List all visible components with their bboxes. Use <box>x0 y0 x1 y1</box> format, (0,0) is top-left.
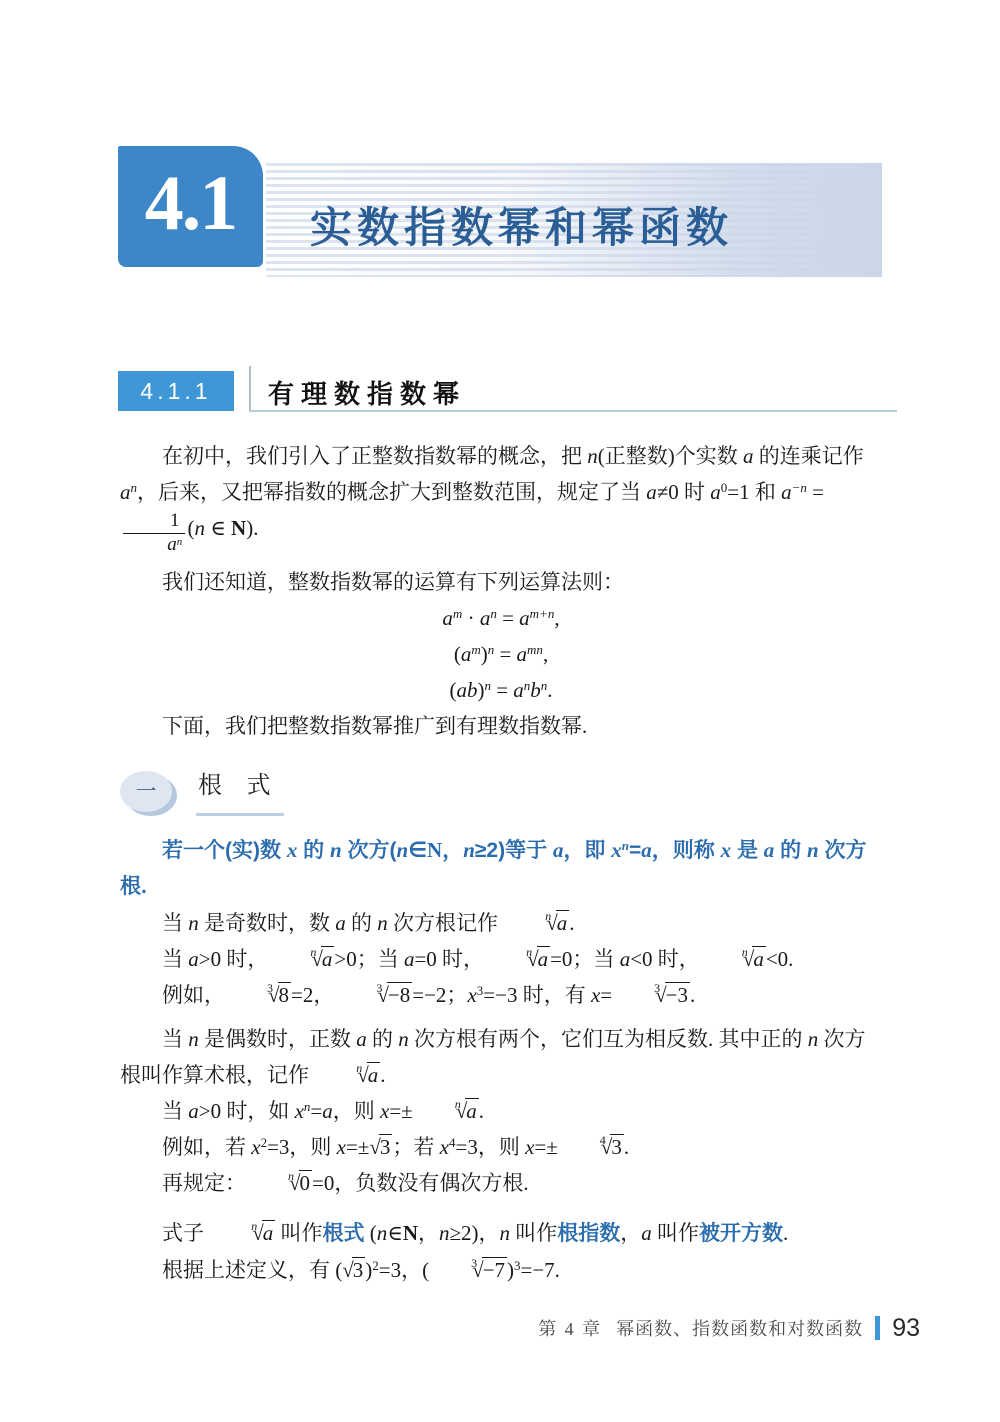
text-run: 次方根记作 <box>388 911 504 935</box>
math-variable: a <box>519 606 530 630</box>
math-variable: x <box>611 838 622 862</box>
set-symbol: N <box>427 838 442 862</box>
text-run: 的 <box>297 839 330 862</box>
radical: n√a <box>484 947 550 971</box>
math-variable: x <box>467 983 476 1007</box>
radical-index: 3 <box>334 982 382 994</box>
subsection-number-box: 4.1.1 <box>118 371 234 411</box>
text-run: 次方根有两个，它们互为相反数. 其中正的 <box>409 1027 808 1051</box>
math-variable: a <box>461 642 472 666</box>
math-variable: n <box>808 1027 819 1051</box>
text-run: 式子 <box>162 1221 209 1245</box>
text-run: = <box>497 606 519 630</box>
text-run: 是奇数时，数 <box>199 911 336 935</box>
text-run: . <box>783 1221 788 1245</box>
radical-index: n <box>268 946 316 958</box>
para-conclusion: 根据上述定义，有 (√3)2=3，(3√−7)3=−7. <box>120 1252 882 1288</box>
text-run: (正整数)个实数 <box>598 444 743 468</box>
radical: 4√3 <box>558 1135 624 1159</box>
math-variable: a <box>646 480 657 504</box>
text-run: =3，( <box>379 1258 429 1282</box>
math-variable: x <box>380 1099 389 1123</box>
radical-body: a <box>465 1098 479 1123</box>
text-run: <0. <box>766 947 794 971</box>
text-run: ≥2)， <box>450 1221 500 1245</box>
math-variable: x <box>295 1099 304 1123</box>
radical-body: −7 <box>482 1257 507 1282</box>
text-run: ≥2)等于 <box>475 839 553 862</box>
text-run: . <box>479 1099 484 1123</box>
radical-body: −8 <box>387 982 412 1007</box>
math-variable: n <box>463 838 475 862</box>
footer-book-title: 幂函数、指数函数和对数函数 <box>616 1315 863 1341</box>
fraction-denominator: an <box>123 534 185 556</box>
math-variable: a <box>188 947 199 971</box>
math-variable: a <box>404 947 415 971</box>
para-extend: 下面，我们把整数指数幂推广到有理数指数幂. <box>120 708 882 744</box>
text-run: =−7. <box>521 1258 560 1282</box>
radical-index: 3 <box>225 982 273 994</box>
page-number: 93 <box>892 1314 920 1343</box>
math-variable: x <box>251 1135 260 1159</box>
text-run: =± <box>534 1135 557 1159</box>
radical: n√a <box>503 911 569 935</box>
math-superscript: −n <box>792 480 807 495</box>
footer-chapter-label: 第 4 章 <box>538 1315 602 1341</box>
math-variable: a <box>620 947 631 971</box>
math-variable: a <box>710 480 721 504</box>
math-variable: a <box>188 1099 199 1123</box>
math-variable: n <box>377 1221 388 1245</box>
text-run: 根据上述定义，有 ( <box>162 1258 342 1282</box>
math-variable: a <box>781 480 792 504</box>
math-variable: x <box>287 838 298 862</box>
text-run: = <box>600 983 612 1007</box>
subsection-rule-horizontal <box>249 410 897 412</box>
math-variable: a <box>480 606 491 630</box>
math-superscript: n <box>622 838 629 853</box>
radical: √3 <box>369 1135 392 1159</box>
radical-body: a <box>537 946 551 971</box>
formula-product-power: (ab)n = anbn. <box>120 672 882 708</box>
math-variable: a <box>120 480 131 504</box>
text-run: 的 <box>774 839 807 862</box>
radical-body: −3 <box>665 982 690 1007</box>
math-variable: a <box>641 1221 652 1245</box>
math-variable: n <box>397 838 409 862</box>
math-variable: n <box>188 1027 199 1051</box>
text-run: 我们还知道，整数指数幂的运算有下列运算法则： <box>162 570 624 594</box>
math-variable: a <box>553 838 564 862</box>
radical-index: n <box>484 946 532 958</box>
para-plus-minus: 当 a>0 时，如 xn=a，则 x=±n√a. <box>120 1093 882 1129</box>
text-run: 当 <box>162 1099 188 1123</box>
text-run: 下面，我们把整数指数幂推广到有理数指数幂. <box>162 714 587 738</box>
text-run: . <box>569 911 574 935</box>
math-variable: a <box>764 838 775 862</box>
text-run: =0，负数没有偶次方根. <box>312 1171 529 1195</box>
text-run: , <box>554 606 559 630</box>
text-run: 叫作 <box>275 1221 322 1245</box>
math-variable: a <box>335 911 346 935</box>
para-terms: 式子 n√a 叫作根式 (n∈N，n≥2)，n 叫作根指数，a 叫作被开方数. <box>120 1215 882 1252</box>
section-title: 实数指数幂和幂函数 <box>310 195 733 255</box>
text-run: 的连乘记作 <box>754 444 864 468</box>
radical-index: 4 <box>558 1134 606 1146</box>
math-variable: a <box>322 1099 333 1123</box>
math-variable: x <box>525 1135 534 1159</box>
text-run: 例如，若 <box>162 1135 251 1159</box>
math-variable: n <box>587 444 598 468</box>
radical-index: n <box>700 946 748 958</box>
math-fraction: 1an <box>123 511 185 556</box>
text-run: 当 <box>162 947 188 971</box>
math-variable: a <box>167 534 177 555</box>
text-run: ) <box>507 1258 514 1282</box>
fraction-numerator: 1 <box>123 511 185 534</box>
radical-body: 3 <box>379 1134 393 1159</box>
math-superscript: n <box>177 536 183 548</box>
text-run: ∈ <box>408 839 427 862</box>
math-variable: n <box>377 911 388 935</box>
text-run: 是偶数时，正数 <box>199 1027 357 1051</box>
text-run: , <box>543 642 548 666</box>
math-superscript: m <box>453 606 462 621</box>
radical-index: 3 <box>429 1257 477 1269</box>
topic-marker-oval: 一 <box>120 771 172 812</box>
text-run: ) <box>481 642 488 666</box>
radical-body: a <box>367 1062 381 1087</box>
subsection-divider-vertical <box>249 366 251 412</box>
radical-index: n <box>314 1062 362 1074</box>
math-variable: n <box>330 838 342 862</box>
text-run: = <box>491 678 513 702</box>
para-odd-case: 当 n 是奇数时，数 a 的 n 次方根记作 n√a. <box>120 905 882 941</box>
radical: 3√−3 <box>612 983 690 1007</box>
radical: 3√−7 <box>429 1258 507 1282</box>
text-run: 叫作 <box>510 1221 557 1245</box>
text-run: ， <box>620 1221 641 1245</box>
para-definition: 若一个(实)数 x 的 n 次方(n∈N，n≥2)等于 a，即 xn=a，则称 … <box>120 832 882 905</box>
radical-body: a <box>321 946 335 971</box>
chapter-section-box: 4.1 <box>118 146 263 267</box>
text-run: 例如， <box>162 983 225 1007</box>
section-title-banner: 实数指数幂和幂函数 <box>266 163 882 277</box>
para-intro: 在初中，我们引入了正整数指数幂的概念，把 n(正整数)个实数 a 的连乘记作 a… <box>120 438 882 556</box>
math-variable: x <box>440 1135 449 1159</box>
text-run: =± <box>346 1135 369 1159</box>
para-even-case: 当 n 是偶数时，正数 a 的 n 次方根有两个，它们互为相反数. 其中正的 n… <box>120 1021 882 1093</box>
text-run: ，则 <box>333 1099 380 1123</box>
radical: n√a <box>209 1221 275 1245</box>
math-variable: x <box>591 983 600 1007</box>
subsection-number: 4.1.1 <box>140 378 211 405</box>
radical-index: n <box>503 910 551 922</box>
math-variable: n <box>398 1027 409 1051</box>
text-run: . <box>380 1063 385 1087</box>
radical-index: n <box>413 1098 461 1110</box>
text-run: = <box>494 642 516 666</box>
radical-body: a <box>752 946 766 971</box>
radical: √3 <box>342 1258 365 1282</box>
math-variable: n <box>807 838 819 862</box>
radical: n√0 <box>246 1171 312 1195</box>
term-highlight: 被开方数 <box>699 1222 783 1245</box>
text-run: = <box>807 480 824 504</box>
subsection-title: 有理数指数幂 <box>268 374 466 411</box>
radical: 3√8 <box>225 983 291 1007</box>
para-zero-rule: 再规定：n√0=0，负数没有偶次方根. <box>120 1165 882 1201</box>
math-variable: n <box>439 1221 450 1245</box>
text-run: . <box>547 678 552 702</box>
math-superscript: m+n <box>530 606 555 621</box>
topic-radicals: 一根 式 <box>120 768 882 816</box>
math-variable: x <box>721 838 732 862</box>
text-run: 在初中，我们引入了正整数指数幂的概念，把 <box>162 444 587 468</box>
text-run: =−3 时，有 <box>483 983 591 1007</box>
text-run: 的 <box>346 911 378 935</box>
text-run: ，即 <box>563 839 611 862</box>
text-run: . <box>624 1135 629 1159</box>
radical-body: 3 <box>352 1257 366 1282</box>
term-highlight: 根式 <box>323 1222 365 1245</box>
set-symbol: N <box>231 516 246 540</box>
text-run: =2， <box>291 983 334 1007</box>
topic-title: 根 式 <box>196 768 284 816</box>
text-run: ( <box>188 516 195 540</box>
text-run: 次方( <box>342 839 397 862</box>
text-run: ，则称 <box>652 839 721 862</box>
math-variable: a <box>513 678 524 702</box>
radical: n√a <box>700 947 766 971</box>
math-variable: n <box>188 911 199 935</box>
para-example-even: 例如，若 x2=3，则 x=±√3；若 x4=3，则 x=±4√3. <box>120 1129 882 1165</box>
page-footer: 第 4 章 幂函数、指数函数和对数函数 93 <box>0 1310 1000 1346</box>
footer-divider-bar <box>875 1316 880 1340</box>
topic-marker: 一 <box>136 774 157 810</box>
text-run: ). <box>246 516 258 540</box>
text-run: =1 和 <box>727 480 781 504</box>
radical: n√a <box>413 1099 479 1123</box>
text-run: >0 时， <box>199 947 269 971</box>
text-run: ( <box>365 1221 377 1245</box>
radical-index: n <box>246 1170 294 1182</box>
math-variable: n <box>195 516 206 540</box>
textbook-page: 4.1 实数指数幂和幂函数 4.1.1 有理数指数幂 在初中，我们引入了正整数指… <box>0 0 1000 1422</box>
text-run: ， <box>442 839 463 862</box>
text-run: ≠0 时 <box>657 480 711 504</box>
text-run: ∈ <box>387 1221 403 1245</box>
radical: 3√−8 <box>334 983 412 1007</box>
text-run: <0 时， <box>630 947 700 971</box>
math-variable: x <box>337 1135 346 1159</box>
text-run: 当 <box>162 1027 188 1051</box>
text-run: =0 时， <box>414 947 484 971</box>
text-run: 叫作 <box>652 1221 699 1245</box>
term-highlight: 根指数 <box>557 1222 620 1245</box>
set-symbol: N <box>403 1221 418 1245</box>
math-superscript: m <box>471 642 480 657</box>
math-variable: a <box>517 642 528 666</box>
math-superscript: mn <box>527 642 543 657</box>
math-variable: ab <box>456 678 477 702</box>
formula-power: (am)n = amn, <box>120 636 882 672</box>
para-laws-intro: 我们还知道，整数指数幂的运算有下列运算法则： <box>120 564 882 600</box>
text-run: 是 <box>731 839 764 862</box>
radical-index: n <box>209 1220 257 1232</box>
text-run: >0 时，如 <box>199 1099 295 1123</box>
text-run: ∈ <box>205 516 231 540</box>
text-run: =−2； <box>412 983 467 1007</box>
text-run: >0；当 <box>334 947 404 971</box>
radical: n√a <box>268 947 334 971</box>
text-run: =± <box>389 1099 412 1123</box>
text-run: 的 <box>367 1027 399 1051</box>
math-variable: a <box>442 606 453 630</box>
text-run: = <box>629 839 641 862</box>
text-run: 再规定： <box>162 1171 246 1195</box>
radical-body: a <box>262 1220 276 1245</box>
math-variable: b <box>530 678 541 702</box>
chapter-section-number: 4.1 <box>145 158 237 256</box>
text-run: =0；当 <box>550 947 620 971</box>
text-run: ；若 <box>392 1135 439 1159</box>
radical-index: 3 <box>612 982 660 994</box>
math-variable: a <box>743 444 754 468</box>
para-signs: 当 a>0 时，n√a>0；当 a=0 时，n√a=0；当 a<0 时，n√a<… <box>120 941 882 977</box>
text-run: =3，则 <box>267 1135 337 1159</box>
text-run: ， <box>418 1221 439 1245</box>
text-run: . <box>690 983 695 1007</box>
radical: n√a <box>314 1063 380 1087</box>
text-run: ，后来，又把幂指数的概念扩大到整数范围，规定了当 <box>137 480 646 504</box>
math-variable: a <box>356 1027 367 1051</box>
text-run: 当 <box>162 911 188 935</box>
formula-product: am · an = am+n, <box>120 600 882 636</box>
text-run: = <box>310 1099 322 1123</box>
content-area: 在初中，我们引入了正整数指数幂的概念，把 n(正整数)个实数 a 的连乘记作 a… <box>120 438 882 1288</box>
radical-body: 3 <box>610 1134 624 1159</box>
text-run: 若一个(实)数 <box>162 839 287 862</box>
radical-body: 0 <box>299 1170 313 1195</box>
text-run: ( <box>454 642 461 666</box>
radical-body: a <box>556 910 570 935</box>
radical-body: 8 <box>278 982 292 1007</box>
text-run: =3，则 <box>455 1135 525 1159</box>
math-variable: a <box>641 838 652 862</box>
para-example-odd: 例如，3√8=2，3√−8=−2；x3=−3 时，有 x=3√−3. <box>120 977 882 1013</box>
math-variable: n <box>500 1221 511 1245</box>
text-run: · <box>462 606 480 630</box>
